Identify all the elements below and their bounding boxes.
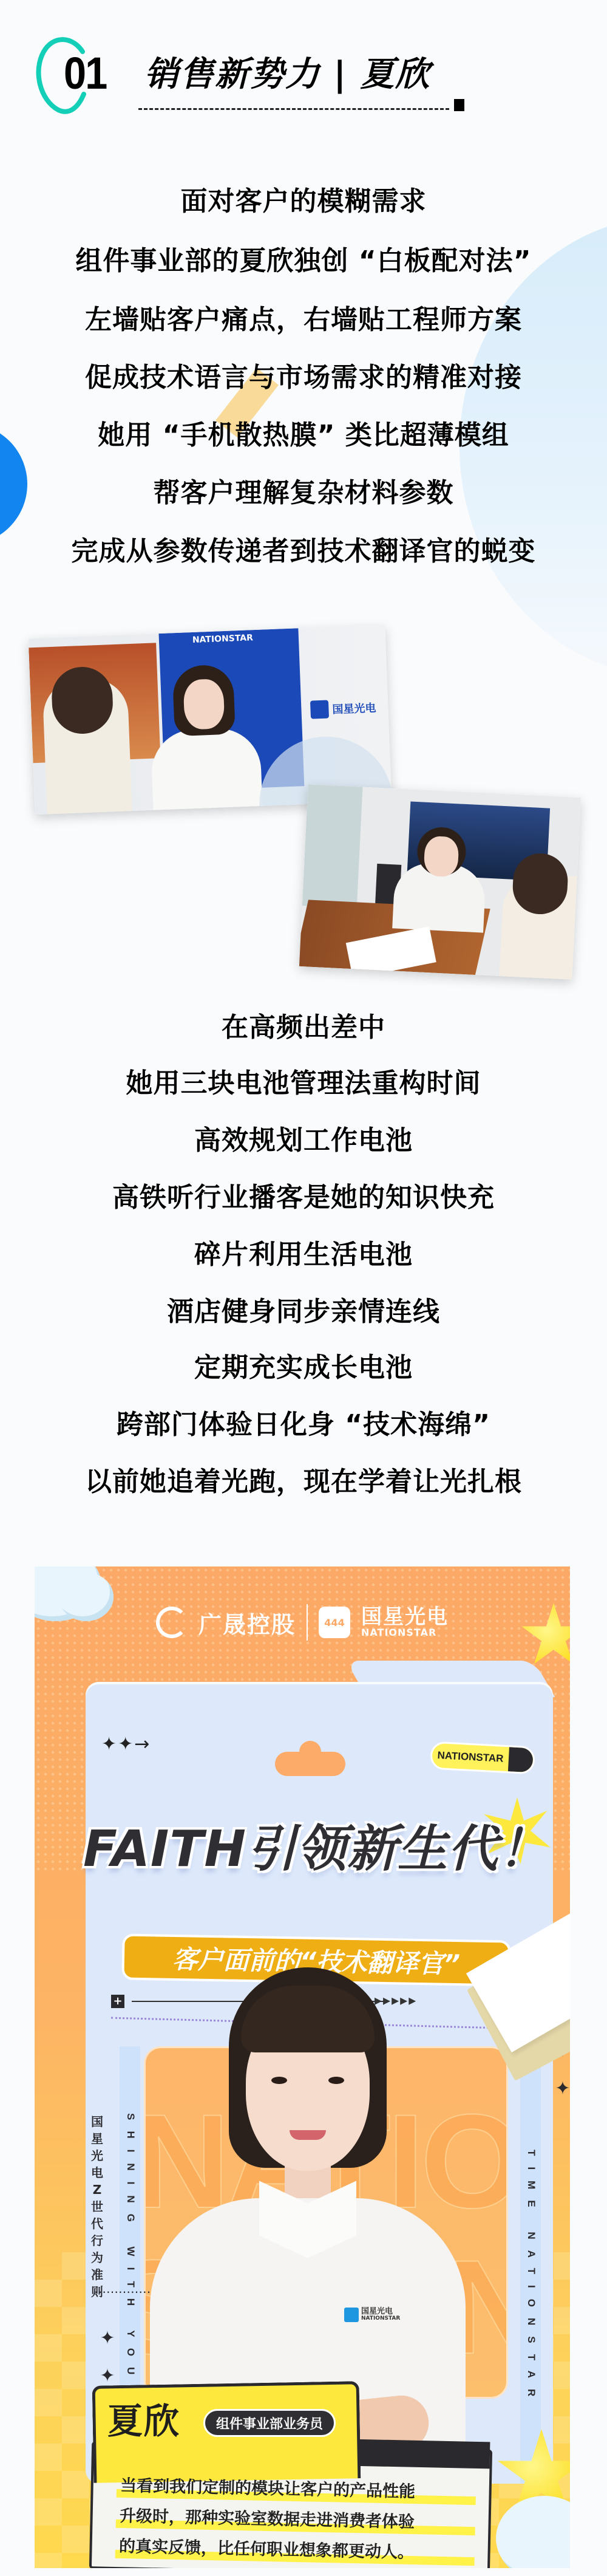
- plus-icon: +: [111, 1995, 124, 2008]
- quote-text: 当看到我们定制的模块让客户的产品性能 升级时，那种实验室数据走进消费者体验 的真…: [118, 2471, 472, 2568]
- logo-left-text: 广晟控股: [198, 1606, 296, 1639]
- intro-line: 组件事业部的夏欣独创 “白板配对法”: [0, 245, 607, 277]
- nationstar-logo-icon: [344, 2308, 359, 2322]
- person-name: 夏欣: [107, 2393, 180, 2444]
- story-line: 以前她追着光跑，现在学着让光扎根: [0, 1466, 607, 1498]
- story-line: 酒店健身同步亲情连线: [0, 1296, 607, 1328]
- logo-right-en: NATIONSTAR: [361, 1628, 449, 1638]
- vertical-slogan-cn: 国星光电Z世代行为准则: [89, 2113, 105, 2300]
- intro-line: 左墙贴客户痛点，右墙贴工程师方案: [0, 304, 607, 336]
- nationstar-pill: NATIONSTAR: [430, 1741, 535, 1775]
- intro-line: 完成从参数传递者到技术翻译官的蜕变: [0, 536, 607, 567]
- nationstar-logo-icon: 444: [319, 1607, 350, 1638]
- section-title: 销售新势力 | 夏欣: [144, 58, 430, 92]
- story-line: 定期充实成长电池: [0, 1352, 607, 1384]
- title-end-square: [454, 99, 464, 111]
- story-line: 在高频出差中: [0, 1012, 607, 1044]
- guangsheng-logo-icon: [156, 1607, 188, 1638]
- story-line: 高效规划工作电池: [0, 1125, 607, 1156]
- intro-line: 面对客户的模糊需求: [0, 186, 607, 217]
- story-line: 碎片利用生活电池: [0, 1239, 607, 1271]
- intro-line: 帮客户理解复杂材料参数: [0, 477, 607, 509]
- hang-tab: [275, 1752, 345, 1776]
- story-line: 高铁听行业播客是她的知识快充: [0, 1182, 607, 1214]
- vertical-dots: ……………: [94, 2280, 100, 2297]
- vertical-slogan-en-right: TIME NATIONSTAR: [525, 2150, 537, 2407]
- story-line: 她用三块电池管理法重构时间: [0, 1068, 607, 1099]
- section-number: 01: [64, 51, 106, 96]
- logo-separator: [307, 1604, 308, 1641]
- shirt-logo: 国星光电 NATIONSTAR: [344, 2308, 400, 2322]
- dashed-divider: [138, 108, 449, 110]
- name-card: 夏欣 组件事业部业务员 当看到我们定制的模块让客户的产品性能 升级时，那种实验室…: [59, 2383, 466, 2554]
- intro-line: 她用 “手机散热膜” 类比超薄模组: [0, 420, 607, 451]
- story-line: 跨部门体验日化身 “技术海绵”: [0, 1409, 607, 1441]
- logo-row: 广晟控股 444 国星光电 NATIONSTAR: [35, 1604, 570, 1641]
- profile-poster: 广晟控股 444 国星光电 NATIONSTAR ✦✦→ NATIONSTAR …: [35, 1566, 570, 2568]
- logo-right-cn: 国星光电: [361, 1607, 449, 1628]
- photo-meeting-room: [299, 784, 581, 980]
- role-badge: 组件事业部业务员: [203, 2409, 336, 2437]
- poster-headline: FAITH引领新生代！: [83, 1809, 532, 1881]
- intro-line: 促成技术语言与市场需求的精准对接: [0, 362, 607, 394]
- booth-logo: 国星光电: [310, 699, 376, 719]
- sparkle-arrow-icon: ✦✦→: [101, 1734, 151, 1755]
